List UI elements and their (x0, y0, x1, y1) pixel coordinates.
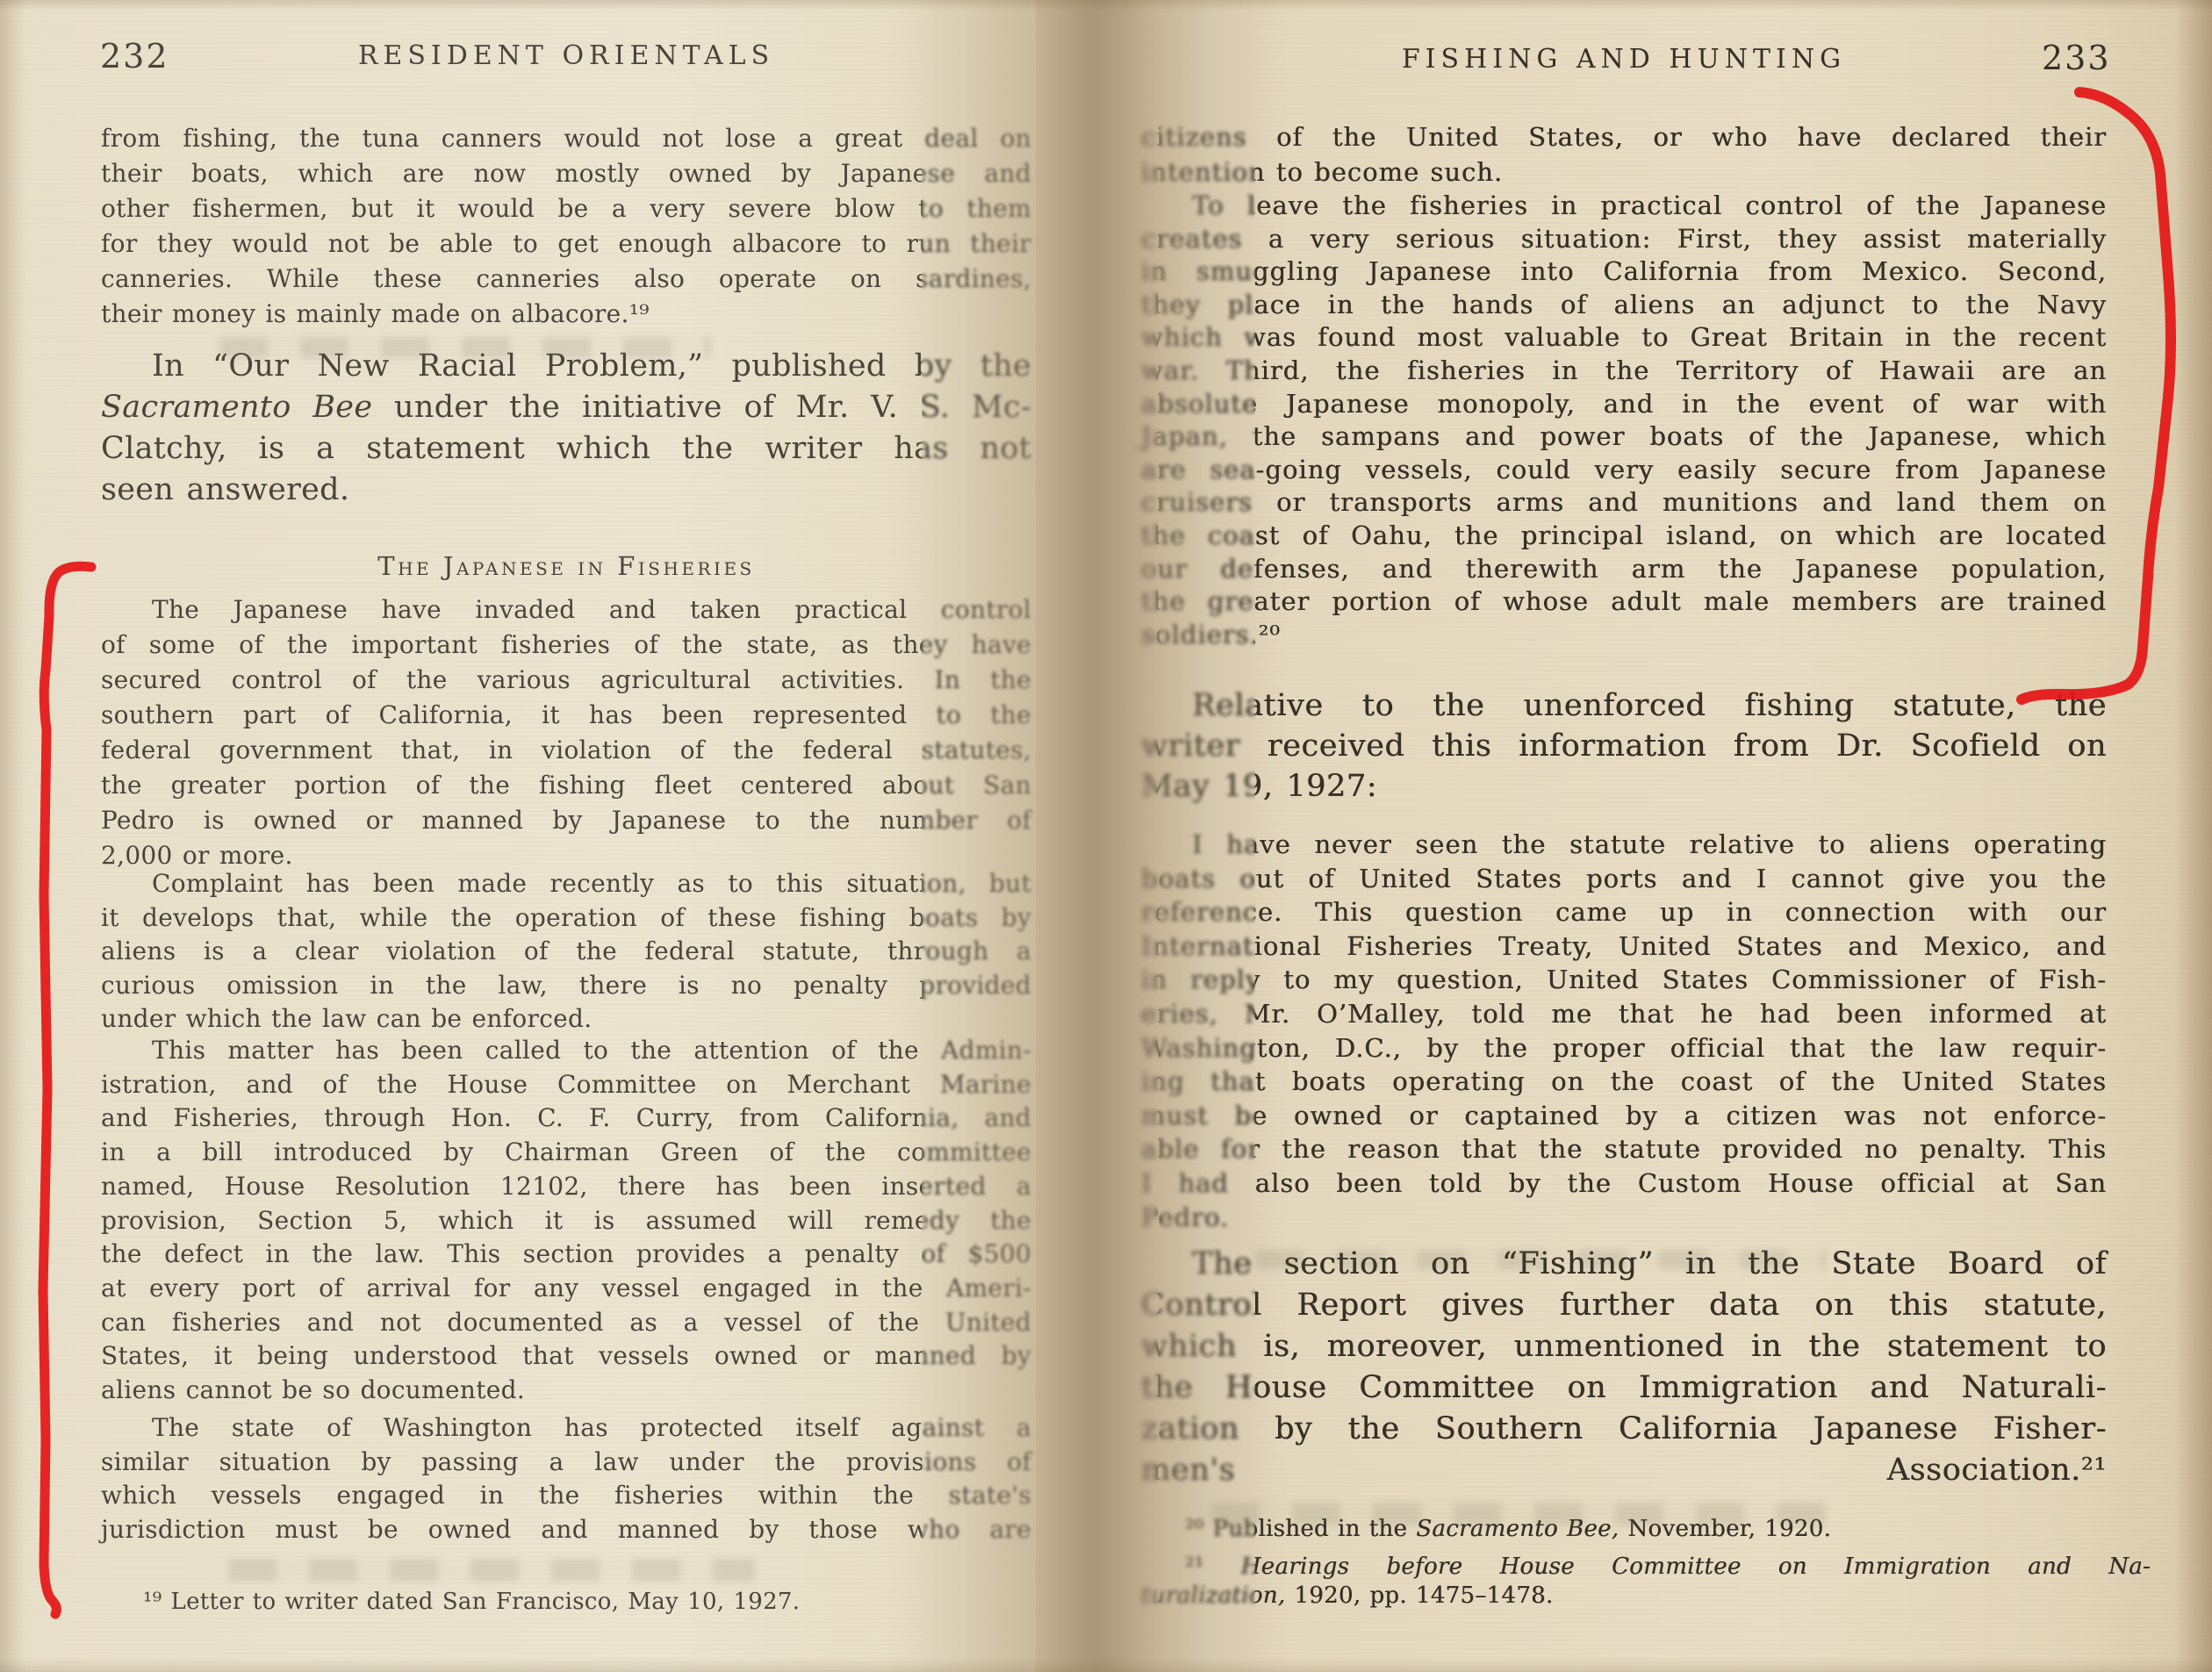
text-line: men's Association.²¹ (1141, 1450, 2107, 1491)
text-line: I have never seen the statute relative t… (1141, 828, 2107, 862)
text-line: zation by the Southern California Japane… (1141, 1409, 2107, 1450)
text-line: intention to become such. (1141, 154, 2107, 190)
running-head-right: FISHING AND HUNTING (1141, 44, 2107, 75)
paragraph: Relative to the unenforced fishing statu… (1141, 685, 2107, 807)
page-right: FISHING AND HUNTING 233 citizens of the … (0, 0, 2212, 1672)
text-line: which was found most valuable to Great B… (1141, 321, 2107, 355)
footnote-21-line2: turalization, 1920, pp. 1475–1478. (1141, 1582, 2107, 1609)
text-line: To leave the fisheries in practical cont… (1141, 190, 2107, 223)
book-scan: 232 RESIDENT ORIENTALS from fishing, the… (0, 0, 2212, 1672)
text-line: the coast of Oahu, the principal island,… (1141, 520, 2107, 553)
text-line: May 19, 1927: (1141, 766, 2107, 807)
text-line: Control Report gives further data on thi… (1141, 1285, 2107, 1326)
text-line: our defenses, and therewith arm the Japa… (1141, 553, 2107, 586)
text-line: ²⁰ Published in the Sacramento Bee, Nove… (1185, 1516, 2151, 1542)
text-line: soldiers.²⁰ (1141, 619, 2107, 652)
text-line: reference. This question came up in conn… (1141, 895, 2107, 929)
text-line: I had also been told by the Custom House… (1141, 1166, 2107, 1201)
text-line: turalization, 1920, pp. 1475–1478. (1141, 1582, 2107, 1609)
text-line: The section on “Fishing” in the State Bo… (1141, 1244, 2107, 1285)
paragraph: The section on “Fishing” in the State Bo… (1141, 1244, 2107, 1491)
text-line: writer received this information from Dr… (1141, 726, 2107, 766)
text-line: boats out of United States ports and I c… (1141, 862, 2107, 896)
page-number-right: 233 (2042, 39, 2111, 77)
text-line: war. Third, the fisheries in the Territo… (1141, 355, 2107, 388)
text-line: absolute Japanese monopoly, and in the e… (1141, 388, 2107, 421)
text-line: ²¹ Hearings before House Committee on Im… (1185, 1554, 2151, 1580)
text-line: Japan, the sampans and power boats of th… (1141, 420, 2107, 454)
text-line: the House Committee on Immigration and N… (1141, 1367, 2107, 1409)
paragraph: citizens of the United States, or who ha… (1141, 119, 2107, 190)
text-line: Washington, D.C., by the proper official… (1141, 1031, 2107, 1066)
text-line: eries, Mr. O’Malley, told me that he had… (1141, 997, 2107, 1031)
text-line: which is, moreover, unmentioned in the s… (1141, 1326, 2107, 1367)
text-line: in smuggling Japanese into California fr… (1141, 255, 2107, 289)
text-line: creates a very serious situation: First,… (1141, 223, 2107, 256)
text-line: must be owned or captained by a citizen … (1141, 1099, 2107, 1133)
footnote-20: ²⁰ Published in the Sacramento Bee, Nove… (1141, 1516, 2151, 1542)
text-line: able for the reason that the statute pro… (1141, 1132, 2107, 1166)
text-line: Relative to the unenforced fishing statu… (1141, 685, 2107, 726)
text-line: are sea-going vessels, could very easily… (1141, 454, 2107, 487)
text-line: ing that boats operating on the coast of… (1141, 1065, 2107, 1099)
footnote-21-line1: ²¹ Hearings before House Committee on Im… (1141, 1554, 2151, 1580)
block-quote: I have never seen the statute relative t… (1141, 828, 2107, 1234)
text-line: in reply to my question, United States C… (1141, 963, 2107, 997)
paragraph: To leave the fisheries in practical cont… (1141, 190, 2107, 651)
text-line: citizens of the United States, or who ha… (1141, 119, 2107, 154)
text-line: cruisers or transports arms and munition… (1141, 486, 2107, 520)
text-line: they place in the hands of aliens an adj… (1141, 289, 2107, 322)
text-line: Pedro. (1141, 1201, 2107, 1235)
text-line: International Fisheries Treaty, United S… (1141, 929, 2107, 964)
text-line: the greater portion of whose adult male … (1141, 585, 2107, 619)
